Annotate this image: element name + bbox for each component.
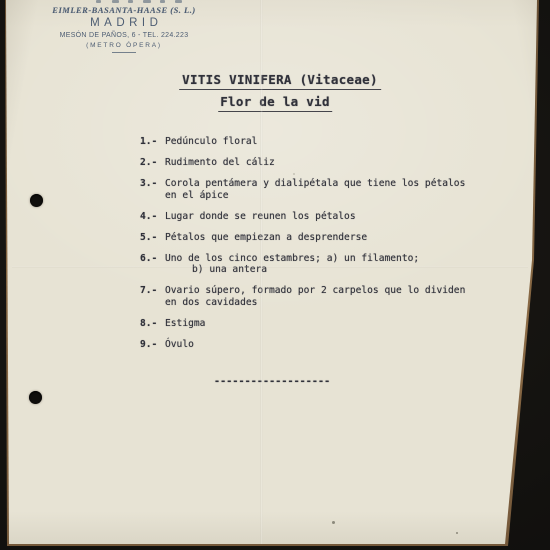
letterhead-company: EIMLER-BASANTA-HAASE (S. L.) bbox=[24, 5, 224, 15]
fold-crease-horizontal bbox=[12, 266, 528, 268]
list-item: 8.- Estigma bbox=[140, 318, 510, 330]
item-line-1: Rudimento del cáliz bbox=[165, 157, 275, 168]
separator-dashes: ------------------- bbox=[214, 376, 330, 387]
item-line-1: Ovario súpero, formado por 2 carpelos qu… bbox=[165, 285, 465, 296]
item-line-1: Estigma bbox=[165, 318, 205, 329]
punch-hole-top bbox=[30, 194, 43, 207]
item-text: Rudimento del cáliz bbox=[165, 157, 510, 169]
list-item: 6.- Uno de los cinco estambres; a) un fi… bbox=[140, 253, 510, 276]
paper-speck bbox=[332, 521, 335, 524]
letterhead: EIMLER-BASANTA-HAASE (S. L.) MADRID MESÓ… bbox=[24, 0, 224, 53]
item-number: 5.- bbox=[140, 232, 165, 244]
item-text: Óvulo bbox=[165, 339, 510, 351]
list-item: 1.- Pedúnculo floral bbox=[140, 136, 510, 148]
item-number: 7.- bbox=[140, 285, 165, 308]
document-page: EIMLER-BASANTA-HAASE (S. L.) MADRID MESÓ… bbox=[0, 0, 550, 550]
item-text: Uno de los cinco estambres; a) un filame… bbox=[165, 253, 510, 276]
item-line-1: Óvulo bbox=[165, 339, 194, 350]
item-line-2: en dos cavidades bbox=[165, 297, 510, 309]
letterhead-address: MESÓN DE PAÑOS, 6 - TEL. 224.223 bbox=[24, 32, 224, 39]
item-number: 1.- bbox=[140, 136, 165, 148]
item-number: 9.- bbox=[140, 339, 165, 351]
item-number: 3.- bbox=[140, 178, 165, 201]
item-text: Corola pentámera y dialipétala que tiene… bbox=[165, 178, 510, 201]
punch-hole-bottom bbox=[29, 391, 42, 404]
paper-speck bbox=[293, 173, 295, 175]
item-line-1: Corola pentámera y dialipétala que tiene… bbox=[165, 178, 465, 189]
item-number: 4.- bbox=[140, 211, 165, 223]
item-line-1: Uno de los cinco estambres; a) un filame… bbox=[165, 253, 419, 264]
letterhead-rule bbox=[112, 52, 136, 53]
item-text: Estigma bbox=[165, 318, 510, 330]
item-line-2: en el ápice bbox=[165, 190, 510, 202]
letterhead-metro: (METRO ÓPERA) bbox=[24, 42, 224, 49]
item-list: 1.- Pedúnculo floral 2.- Rudimento del c… bbox=[140, 136, 510, 360]
item-text: Ovario súpero, formado por 2 carpelos qu… bbox=[165, 285, 510, 308]
list-item: 4.- Lugar donde se reunen los pétalos bbox=[140, 211, 510, 223]
photo-background: EIMLER-BASANTA-HAASE (S. L.) MADRID MESÓ… bbox=[0, 0, 550, 550]
item-line-1: Pétalos que empiezan a desprenderse bbox=[165, 232, 367, 243]
list-item: 3.- Corola pentámera y dialipétala que t… bbox=[140, 178, 510, 201]
item-number: 2.- bbox=[140, 157, 165, 169]
item-number: 6.- bbox=[140, 253, 165, 276]
item-number: 8.- bbox=[140, 318, 165, 330]
document-title: VITIS VINIFERA (Vitaceae) bbox=[179, 72, 381, 90]
item-text: Lugar donde se reunen los pétalos bbox=[165, 211, 510, 223]
fold-crease-vertical bbox=[260, 0, 263, 544]
item-text: Pétalos que empiezan a desprenderse bbox=[165, 232, 510, 244]
item-text: Pedúnculo floral bbox=[165, 136, 510, 148]
list-item: 7.- Ovario súpero, formado por 2 carpelo… bbox=[140, 285, 510, 308]
list-item: 9.- Óvulo bbox=[140, 339, 510, 351]
letterhead-city: MADRID bbox=[24, 17, 224, 29]
item-line-1: Pedúnculo floral bbox=[165, 136, 257, 147]
list-item: 2.- Rudimento del cáliz bbox=[140, 157, 510, 169]
document-subtitle: Flor de la vid bbox=[218, 94, 332, 112]
list-item: 5.- Pétalos que empiezan a desprenderse bbox=[140, 232, 510, 244]
paper-speck bbox=[456, 532, 458, 534]
